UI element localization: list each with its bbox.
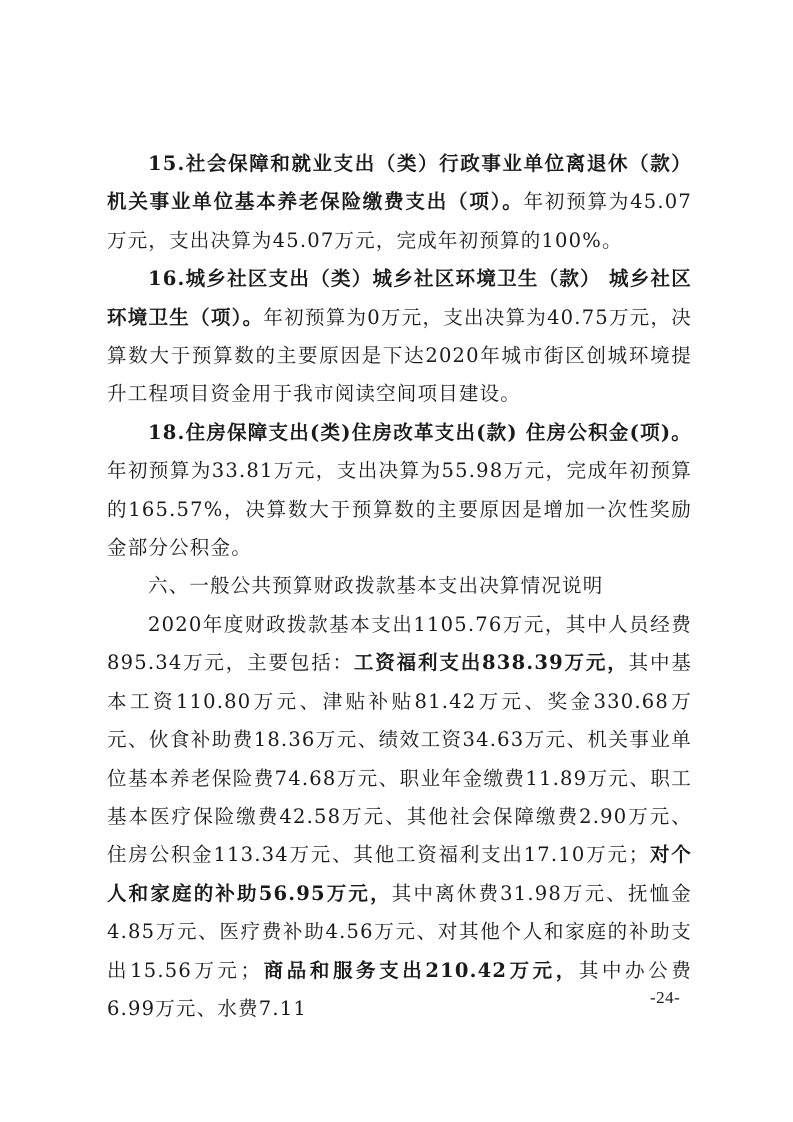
document-page: 15.社会保障和就业支出（类）行政事业单位离退休（款）机关事业单位基本养老保险缴… bbox=[107, 145, 692, 1028]
summary-paragraph: 2020年度财政拨款基本支出1105.76万元，其中人员经费895.34万元，主… bbox=[107, 606, 692, 1028]
goods-title: 商品和服务支出210.42万元， bbox=[261, 959, 579, 982]
paragraph-item-18: 18.住房保障支出(类)住房改革支出(款) 住房公积金(项)。年初预算为33.8… bbox=[107, 414, 692, 568]
paragraph-item-15: 15.社会保障和就业支出（类）行政事业单位离退休（款）机关事业单位基本养老保险缴… bbox=[107, 145, 692, 260]
paragraph-item-16: 16.城乡社区支出（类）城乡社区环境卫生（款） 城乡社区环境卫生（项）。年初预算… bbox=[107, 260, 692, 414]
wage-body: 其中基本工资110.80万元、津贴补贴81.42万元、奖金330.68万元、伙食… bbox=[107, 651, 692, 866]
section-heading: 六、一般公共预算财政拨款基本支出决算情况说明 bbox=[107, 567, 692, 605]
item-18-title: 18.住房保障支出(类)住房改革支出(款) 住房公积金(项)。 bbox=[148, 421, 692, 444]
page-number: -24- bbox=[650, 988, 680, 1008]
item-18-body: 年初预算为33.81万元，支出决算为55.98万元，完成年初预算的165.57%… bbox=[107, 459, 692, 559]
wage-title: 工资福利支出838.39万元， bbox=[354, 651, 629, 674]
